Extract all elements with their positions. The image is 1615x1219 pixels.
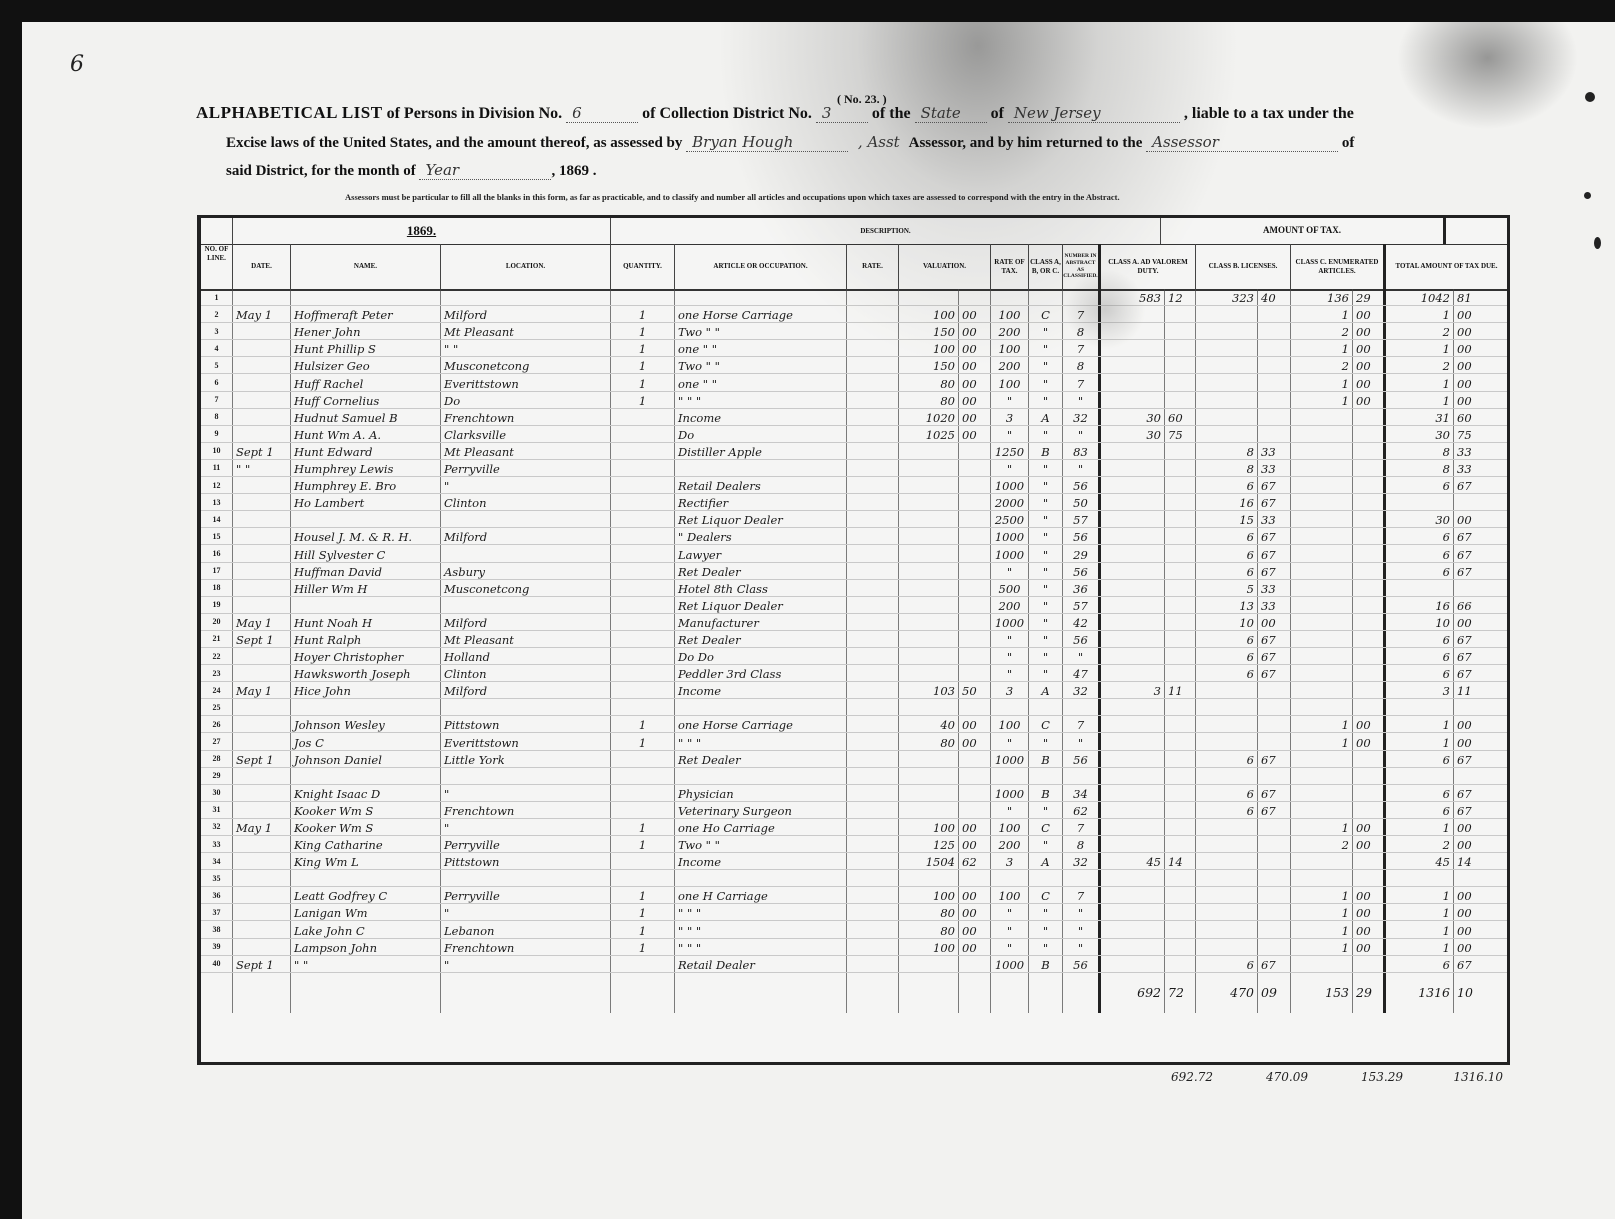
- cell-t: 1: [1386, 904, 1454, 920]
- cell-rate: [847, 597, 899, 613]
- table-row: 23Hawksworth JosephClintonPeddler 3rd Cl…: [201, 665, 1507, 682]
- cell-val: [899, 785, 959, 801]
- cell-val: 1025: [899, 426, 959, 442]
- cell-cls: [1029, 870, 1063, 886]
- cell-tc: 00: [1454, 392, 1507, 408]
- cell-b: 323: [1196, 289, 1258, 305]
- cell-location: [441, 597, 611, 613]
- cell-name: Lampson John: [291, 939, 441, 955]
- cell-location: ": [441, 904, 611, 920]
- cell-cls: ": [1029, 340, 1063, 356]
- cell-name: Hoyer Christopher: [291, 648, 441, 664]
- cell-val: 100: [899, 340, 959, 356]
- total-rtax: [991, 973, 1029, 1013]
- total-bc: 09: [1258, 973, 1291, 1013]
- cell-t: [1386, 870, 1454, 886]
- cell-ac: [1165, 785, 1196, 801]
- cell-location: Everittstown: [441, 733, 611, 749]
- cell-b: 15: [1196, 511, 1258, 527]
- cell-bc: [1258, 699, 1291, 715]
- cell-b: 16: [1196, 494, 1258, 510]
- cell-abs: 8: [1063, 323, 1101, 339]
- cell-b: 6: [1196, 802, 1258, 818]
- cell-tc: 00: [1454, 921, 1507, 937]
- cell-ac: [1165, 340, 1196, 356]
- cell-cc: 00: [1353, 921, 1386, 937]
- cell-b: 6: [1196, 631, 1258, 647]
- cell-tc: 67: [1454, 802, 1507, 818]
- cell-qty: 1: [611, 887, 675, 903]
- cell-line: 10: [201, 443, 233, 459]
- cell-location: Milford: [441, 682, 611, 698]
- cell-a: [1101, 357, 1165, 373]
- cell-date: [233, 392, 291, 408]
- table-row: 32May 1Kooker Wm S"1one Ho Carriage10000…: [201, 819, 1507, 836]
- table-row: 22Hoyer ChristopherHollandDo Do"""667667: [201, 648, 1507, 665]
- cell-cc: 00: [1353, 716, 1386, 732]
- cell-cls: ": [1029, 631, 1063, 647]
- total-ac: 72: [1165, 973, 1196, 1013]
- cell-qty: 1: [611, 921, 675, 937]
- cell-a: [1101, 887, 1165, 903]
- cell-t: 1: [1386, 392, 1454, 408]
- cell-tc: 00: [1454, 340, 1507, 356]
- cell-t: 10: [1386, 614, 1454, 630]
- cell-name: Hunt Wm A. A.: [291, 426, 441, 442]
- cell-bc: 67: [1258, 751, 1291, 767]
- cell-qty: [611, 853, 675, 869]
- cell-qty: 1: [611, 716, 675, 732]
- cell-a: [1101, 836, 1165, 852]
- col-date: DATE.: [233, 244, 291, 289]
- cell-t: 1: [1386, 819, 1454, 835]
- cell-abs: 32: [1063, 409, 1101, 425]
- cell-date: [233, 665, 291, 681]
- cell-location: [441, 699, 611, 715]
- cell-qty: 1: [611, 357, 675, 373]
- cell-location: Little York: [441, 751, 611, 767]
- cell-t: 6: [1386, 563, 1454, 579]
- cell-a: [1101, 870, 1165, 886]
- cell-abs: 8: [1063, 836, 1101, 852]
- cell-date: [233, 511, 291, 527]
- cell-ac: [1165, 768, 1196, 784]
- col-class-b: CLASS B. LICENSES.: [1196, 244, 1291, 289]
- cell-date: [233, 597, 291, 613]
- cell-article: Ret Liquor Dealer: [675, 597, 847, 613]
- table-row: 27Jos CEverittstown1" " "8000"""100100: [201, 733, 1507, 750]
- cell-b: 6: [1196, 751, 1258, 767]
- cell-rate: [847, 563, 899, 579]
- table-row: 31Kooker Wm SFrenchtownVeterinary Surgeo…: [201, 802, 1507, 819]
- cell-name: " ": [291, 956, 441, 972]
- cell-t: 6: [1386, 785, 1454, 801]
- cell-location: Perryville: [441, 887, 611, 903]
- cell-t: [1386, 768, 1454, 784]
- table-row: 18Hiller Wm HMusconetcongHotel 8th Class…: [201, 580, 1507, 597]
- cell-rate: [847, 614, 899, 630]
- cell-date: May 1: [233, 614, 291, 630]
- cell-cls: B: [1029, 751, 1063, 767]
- table-row: 24May 1Hice JohnMilfordIncome103503A3231…: [201, 682, 1507, 699]
- cell-abs: [1063, 768, 1101, 784]
- cell-name: Humphrey Lewis: [291, 460, 441, 476]
- cell-valc: [959, 751, 991, 767]
- cell-ac: [1165, 545, 1196, 561]
- table-row: 13Ho LambertClintonRectifier2000"501667: [201, 494, 1507, 511]
- cell-c: [1291, 870, 1353, 886]
- cell-ac: 14: [1165, 853, 1196, 869]
- cell-a: [1101, 545, 1165, 561]
- cell-c: [1291, 682, 1353, 698]
- cell-bc: [1258, 887, 1291, 903]
- cell-a: [1101, 494, 1165, 510]
- table-row: 33King CatharinePerryville1Two " "125002…: [201, 836, 1507, 853]
- cell-ac: [1165, 819, 1196, 835]
- cell-article: Two " ": [675, 357, 847, 373]
- cell-rate: [847, 853, 899, 869]
- cell-a: [1101, 563, 1165, 579]
- cell-rate: [847, 887, 899, 903]
- cell-tc: 00: [1454, 939, 1507, 955]
- cell-tc: 67: [1454, 477, 1507, 493]
- cell-qty: [611, 597, 675, 613]
- cell-qty: [611, 477, 675, 493]
- cell-b: [1196, 409, 1258, 425]
- cell-bc: 33: [1258, 580, 1291, 596]
- cell-bc: [1258, 409, 1291, 425]
- cell-c: [1291, 528, 1353, 544]
- cell-cc: [1353, 563, 1386, 579]
- cell-cls: C: [1029, 819, 1063, 835]
- cell-c: [1291, 460, 1353, 476]
- cell-val: [899, 699, 959, 715]
- cell-val: [899, 460, 959, 476]
- cell-qty: 1: [611, 340, 675, 356]
- total-t: 1316: [1386, 973, 1454, 1013]
- cell-name: Hunt Noah H: [291, 614, 441, 630]
- cell-article: Two " ": [675, 836, 847, 852]
- cell-rtax: 3: [991, 682, 1029, 698]
- cell-location: Milford: [441, 306, 611, 322]
- cell-b: [1196, 921, 1258, 937]
- cell-date: [233, 699, 291, 715]
- cell-rtax: ": [991, 460, 1029, 476]
- cell-article: " " ": [675, 733, 847, 749]
- cell-valc: [959, 580, 991, 596]
- cell-rate: [847, 631, 899, 647]
- col-quantity: QUANTITY.: [611, 244, 675, 289]
- cell-qty: [611, 511, 675, 527]
- table-row: 26Johnson WesleyPittstown1one Horse Carr…: [201, 716, 1507, 733]
- table-row: 37Lanigan Wm"1" " "8000"""100100: [201, 904, 1507, 921]
- cell-cls: A: [1029, 853, 1063, 869]
- cell-c: 2: [1291, 323, 1353, 339]
- cell-line: 18: [201, 580, 233, 596]
- cell-val: [899, 768, 959, 784]
- cell-a: [1101, 306, 1165, 322]
- cell-line: 11: [201, 460, 233, 476]
- cell-article: one Horse Carriage: [675, 716, 847, 732]
- cell-name: [291, 289, 441, 305]
- cell-location: Milford: [441, 528, 611, 544]
- cell-t: 6: [1386, 665, 1454, 681]
- cell-c: [1291, 580, 1353, 596]
- cell-cc: [1353, 768, 1386, 784]
- cell-bc: [1258, 682, 1291, 698]
- cell-bc: [1258, 904, 1291, 920]
- cell-qty: 1: [611, 392, 675, 408]
- cell-val: 1020: [899, 409, 959, 425]
- assessor-name-field: Bryan Hough: [686, 133, 848, 152]
- col-rate-of-tax: RATE OF TAX.: [991, 244, 1029, 289]
- cell-ac: [1165, 939, 1196, 955]
- cell-ac: [1165, 802, 1196, 818]
- cell-line: 22: [201, 648, 233, 664]
- cell-abs: 83: [1063, 443, 1101, 459]
- cell-cls: B: [1029, 956, 1063, 972]
- cell-ac: [1165, 904, 1196, 920]
- cell-abs: 7: [1063, 374, 1101, 390]
- cell-val: 1504: [899, 853, 959, 869]
- cell-qty: [611, 682, 675, 698]
- cell-tc: 67: [1454, 785, 1507, 801]
- cell-cc: [1353, 870, 1386, 886]
- cell-location: Pittstown: [441, 716, 611, 732]
- cell-valc: 00: [959, 716, 991, 732]
- cell-t: 1: [1386, 340, 1454, 356]
- cell-rtax: 1250: [991, 443, 1029, 459]
- cell-rate: [847, 904, 899, 920]
- cell-valc: [959, 477, 991, 493]
- cell-tc: 75: [1454, 426, 1507, 442]
- cell-location: [441, 870, 611, 886]
- cell-location: Perryville: [441, 460, 611, 476]
- cell-val: 100: [899, 819, 959, 835]
- cell-val: 40: [899, 716, 959, 732]
- cell-rtax: 1000: [991, 528, 1029, 544]
- cell-a: [1101, 768, 1165, 784]
- cell-line: 39: [201, 939, 233, 955]
- cell-rtax: ": [991, 802, 1029, 818]
- cell-valc: 00: [959, 409, 991, 425]
- cell-location: ": [441, 956, 611, 972]
- scan-artifact: [1585, 92, 1595, 102]
- cell-article: [675, 289, 847, 305]
- cell-abs: 56: [1063, 631, 1101, 647]
- cell-cls: ": [1029, 802, 1063, 818]
- cell-line: 34: [201, 853, 233, 869]
- cell-abs: 47: [1063, 665, 1101, 681]
- cell-line: 4: [201, 340, 233, 356]
- cell-cc: 00: [1353, 819, 1386, 835]
- table-row: 38Lake John CLebanon1" " "8000"""100100: [201, 921, 1507, 938]
- cell-tc: 67: [1454, 631, 1507, 647]
- cell-tc: [1454, 580, 1507, 596]
- cell-article: Veterinary Surgeon: [675, 802, 847, 818]
- cell-val: [899, 528, 959, 544]
- cell-line: 15: [201, 528, 233, 544]
- cell-cc: 00: [1353, 939, 1386, 955]
- table-row: 25: [201, 699, 1507, 716]
- cell-abs: 56: [1063, 528, 1101, 544]
- cell-date: [233, 528, 291, 544]
- cell-c: 2: [1291, 836, 1353, 852]
- cell-date: [233, 921, 291, 937]
- total-abs: [1063, 973, 1101, 1013]
- cell-ac: [1165, 374, 1196, 390]
- cell-location: Clinton: [441, 665, 611, 681]
- cell-line: 37: [201, 904, 233, 920]
- cell-c: [1291, 545, 1353, 561]
- cell-cls: [1029, 699, 1063, 715]
- table-row: 36Leatt Godfrey CPerryville1one H Carria…: [201, 887, 1507, 904]
- cell-cls: ": [1029, 511, 1063, 527]
- cell-location: ": [441, 477, 611, 493]
- cell-val: [899, 545, 959, 561]
- cell-ac: [1165, 921, 1196, 937]
- cell-name: King Wm L: [291, 853, 441, 869]
- cell-bc: 67: [1258, 648, 1291, 664]
- cell-cls: C: [1029, 716, 1063, 732]
- cell-rate: [847, 306, 899, 322]
- cell-cls: ": [1029, 357, 1063, 373]
- cell-rtax: 3: [991, 409, 1029, 425]
- cell-a: [1101, 904, 1165, 920]
- cell-rtax: 1000: [991, 956, 1029, 972]
- cell-a: [1101, 785, 1165, 801]
- cell-bc: 67: [1258, 631, 1291, 647]
- cell-valc: [959, 443, 991, 459]
- cell-bc: [1258, 768, 1291, 784]
- cell-bc: 67: [1258, 477, 1291, 493]
- cell-rate: [847, 819, 899, 835]
- cell-tc: [1454, 494, 1507, 510]
- cell-ac: [1165, 956, 1196, 972]
- cell-valc: [959, 563, 991, 579]
- cell-c: 1: [1291, 392, 1353, 408]
- cell-abs: ": [1063, 904, 1101, 920]
- cell-valc: 00: [959, 357, 991, 373]
- cell-line: 12: [201, 477, 233, 493]
- cell-cc: 00: [1353, 733, 1386, 749]
- scan-artifact: [1584, 192, 1591, 199]
- cell-qty: [611, 956, 675, 972]
- cell-rate: [847, 340, 899, 356]
- cell-c: [1291, 768, 1353, 784]
- cell-date: [233, 545, 291, 561]
- cell-rate: [847, 477, 899, 493]
- cell-date: [233, 494, 291, 510]
- cell-valc: [959, 699, 991, 715]
- total-cls: [1029, 973, 1063, 1013]
- total-tc: 10: [1454, 973, 1507, 1013]
- table-row: 9Hunt Wm A. A.ClarksvilleDo102500"""3075…: [201, 426, 1507, 443]
- cell-line: 17: [201, 563, 233, 579]
- cell-tc: 00: [1454, 306, 1507, 322]
- cell-rtax: ": [991, 426, 1029, 442]
- cell-name: Johnson Wesley: [291, 716, 441, 732]
- cell-qty: 1: [611, 836, 675, 852]
- cell-location: Mt Pleasant: [441, 631, 611, 647]
- cell-tc: 81: [1454, 289, 1507, 305]
- cell-rate: [847, 682, 899, 698]
- table-row: 6Huff RachelEverittstown1one " "8000100"…: [201, 374, 1507, 391]
- cell-val: [899, 665, 959, 681]
- cell-ac: [1165, 751, 1196, 767]
- table-row: 40Sept 1" ""Retail Dealer1000B56667667: [201, 956, 1507, 973]
- cell-val: 80: [899, 392, 959, 408]
- cell-name: Hiller Wm H: [291, 580, 441, 596]
- cell-rtax: 500: [991, 580, 1029, 596]
- cell-qty: 1: [611, 939, 675, 955]
- cell-cc: 00: [1353, 357, 1386, 373]
- cell-article: Ret Dealer: [675, 751, 847, 767]
- total-cc: 29: [1353, 973, 1386, 1013]
- cell-rtax: ": [991, 631, 1029, 647]
- cell-abs: 7: [1063, 340, 1101, 356]
- cell-valc: [959, 648, 991, 664]
- cell-valc: [959, 785, 991, 801]
- cell-qty: 1: [611, 306, 675, 322]
- cell-article: Rectifier: [675, 494, 847, 510]
- cell-cls: ": [1029, 494, 1063, 510]
- cell-c: [1291, 631, 1353, 647]
- cell-qty: [611, 409, 675, 425]
- cell-article: Retail Dealer: [675, 956, 847, 972]
- cell-t: 1: [1386, 887, 1454, 903]
- cell-name: Huff Rachel: [291, 374, 441, 390]
- cell-abs: 42: [1063, 614, 1101, 630]
- cell-ac: [1165, 648, 1196, 664]
- cell-c: 2: [1291, 357, 1353, 373]
- cell-t: 16: [1386, 597, 1454, 613]
- cell-line: 7: [201, 392, 233, 408]
- cell-cc: [1353, 802, 1386, 818]
- cell-abs: 57: [1063, 511, 1101, 527]
- cell-line: 24: [201, 682, 233, 698]
- cell-qty: [611, 289, 675, 305]
- cell-ac: 11: [1165, 682, 1196, 698]
- cell-date: [233, 289, 291, 305]
- cell-val: [899, 494, 959, 510]
- cell-val: [899, 511, 959, 527]
- cell-rate: [847, 939, 899, 955]
- table-row: 1583123234013629104281: [201, 289, 1507, 306]
- cell-abs: [1063, 870, 1101, 886]
- cell-tc: 67: [1454, 665, 1507, 681]
- cell-c: [1291, 699, 1353, 715]
- cell-qty: [611, 665, 675, 681]
- cell-b: 6: [1196, 648, 1258, 664]
- table-row: 7Huff CorneliusDo1" " "8000"""100100: [201, 392, 1507, 409]
- cell-article: [675, 460, 847, 476]
- cell-rtax: 100: [991, 716, 1029, 732]
- cell-tc: 33: [1454, 460, 1507, 476]
- table-column-headers: NO. OF LINE. DATE. NAME. LOCATION. QUANT…: [201, 244, 1507, 291]
- cell-bc: 67: [1258, 785, 1291, 801]
- cell-a: [1101, 477, 1165, 493]
- cell-ac: [1165, 392, 1196, 408]
- cell-article: one " ": [675, 340, 847, 356]
- cell-valc: [959, 802, 991, 818]
- cell-t: 6: [1386, 956, 1454, 972]
- cell-abs: 7: [1063, 716, 1101, 732]
- cell-abs: 56: [1063, 477, 1101, 493]
- cell-bc: 33: [1258, 597, 1291, 613]
- cell-c: 1: [1291, 306, 1353, 322]
- cell-b: [1196, 716, 1258, 732]
